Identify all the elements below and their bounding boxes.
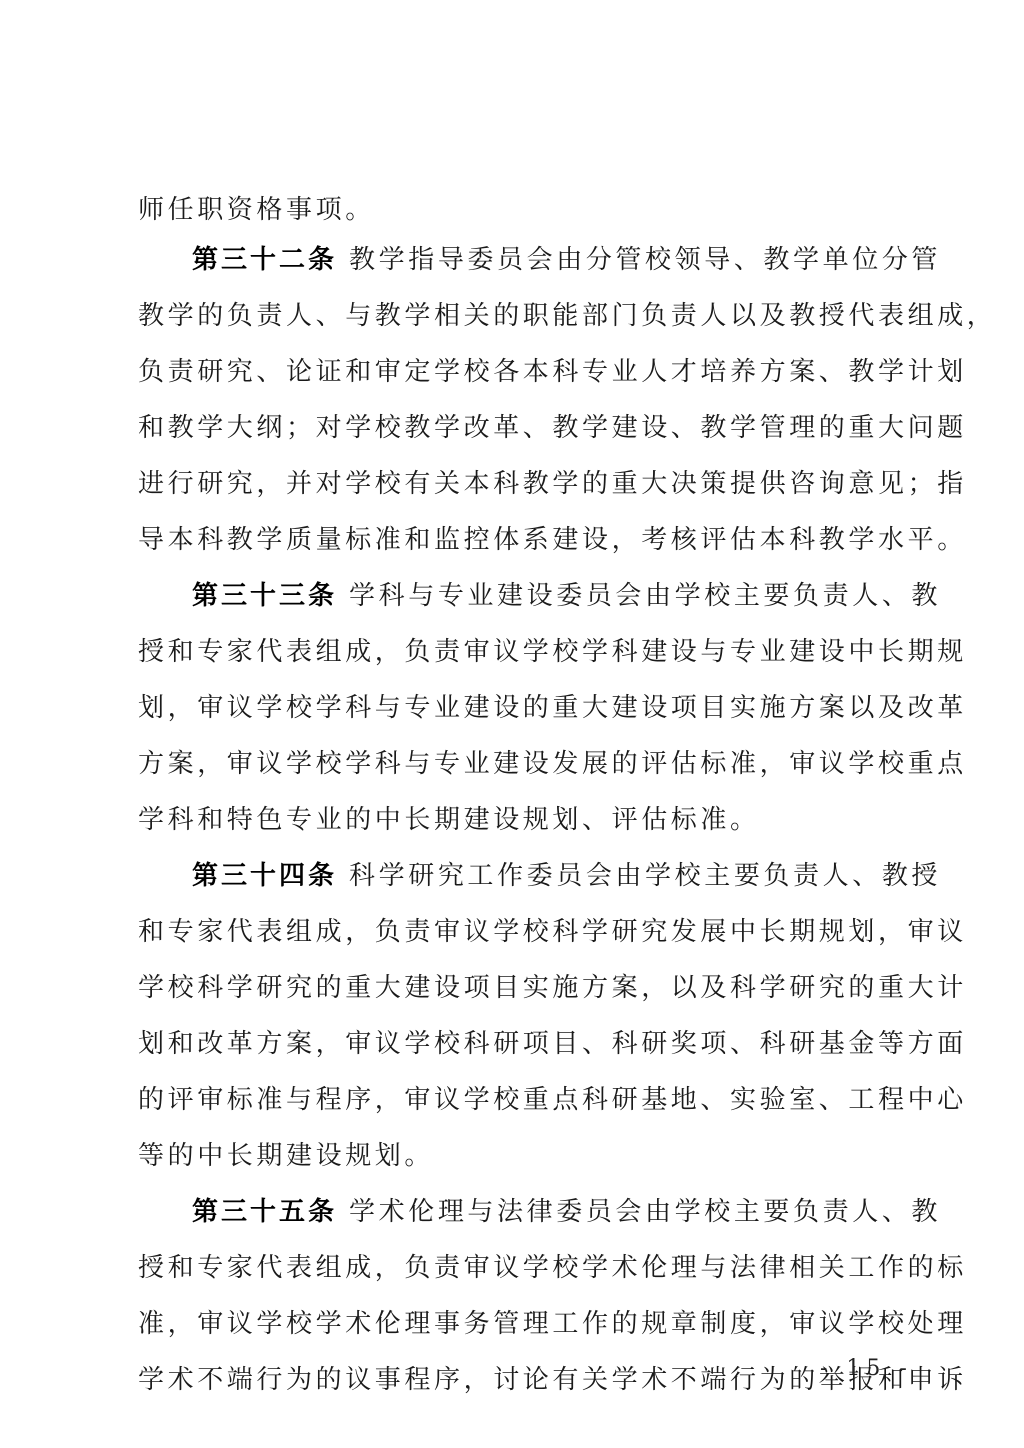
article-35-line: 学术不端行为的议事程序，讨论有关学术不端行为的举报和申诉 bbox=[138, 1360, 898, 1400]
article-33-line: 学科和特色专业的中长期建设规划、评估标准。 bbox=[138, 800, 898, 840]
paragraph-continuation-line: 师任职资格事项。 bbox=[138, 190, 898, 230]
article-34-heading-line: 第三十四条科学研究工作委员会由学校主要负责人、教授 bbox=[192, 856, 898, 896]
article-32-line: 和教学大纲；对学校教学改革、教学建设、教学管理的重大问题 bbox=[138, 408, 898, 448]
article-34-line: 划和改革方案，审议学校科研项目、科研奖项、科研基金等方面 bbox=[138, 1024, 898, 1064]
article-text: 学术伦理与法律委员会由学校主要负责人、教 bbox=[349, 1197, 941, 1227]
article-34-line: 和专家代表组成，负责审议学校科学研究发展中长期规划，审议 bbox=[138, 912, 898, 952]
article-number: 第三十四条 bbox=[192, 861, 337, 891]
article-text: 学科与专业建设委员会由学校主要负责人、教 bbox=[349, 581, 941, 611]
article-32-line: 导本科教学质量标准和监控体系建设，考核评估本科教学水平。 bbox=[138, 520, 898, 560]
page-number: - 15 - bbox=[820, 1356, 920, 1381]
article-35-heading-line: 第三十五条学术伦理与法律委员会由学校主要负责人、教 bbox=[192, 1192, 898, 1232]
article-32-line: 进行研究，并对学校有关本科教学的重大决策提供咨询意见；指 bbox=[138, 464, 898, 504]
article-33-line: 方案，审议学校学科与专业建设发展的评估标准，审议学校重点 bbox=[138, 744, 898, 784]
article-text: 教学指导委员会由分管校领导、教学单位分管 bbox=[349, 245, 941, 275]
article-33-line: 授和专家代表组成，负责审议学校学科建设与专业建设中长期规 bbox=[138, 632, 898, 672]
article-35-line: 准，审议学校学术伦理事务管理工作的规章制度，审议学校处理 bbox=[138, 1304, 898, 1344]
article-32-line: 负责研究、论证和审定学校各本科专业人才培养方案、教学计划 bbox=[138, 352, 898, 392]
article-33-line: 划，审议学校学科与专业建设的重大建设项目实施方案以及改革 bbox=[138, 688, 898, 728]
article-32-line: 教学的负责人、与教学相关的职能部门负责人以及教授代表组成， bbox=[138, 296, 898, 336]
document-page: 师任职资格事项。 第三十二条教学指导委员会由分管校领导、教学单位分管 教学的负责… bbox=[0, 0, 1024, 1448]
article-33-heading-line: 第三十三条学科与专业建设委员会由学校主要负责人、教 bbox=[192, 576, 898, 616]
article-34-line: 的评审标准与程序，审议学校重点科研基地、实验室、工程中心 bbox=[138, 1080, 898, 1120]
article-number: 第三十三条 bbox=[192, 581, 337, 611]
article-number: 第三十二条 bbox=[192, 245, 337, 275]
article-number: 第三十五条 bbox=[192, 1197, 337, 1227]
article-32-heading-line: 第三十二条教学指导委员会由分管校领导、教学单位分管 bbox=[192, 240, 898, 280]
article-34-line: 等的中长期建设规划。 bbox=[138, 1136, 898, 1176]
article-34-line: 学校科学研究的重大建设项目实施方案，以及科学研究的重大计 bbox=[138, 968, 898, 1008]
article-text: 科学研究工作委员会由学校主要负责人、教授 bbox=[349, 861, 941, 891]
article-35-line: 授和专家代表组成，负责审议学校学术伦理与法律相关工作的标 bbox=[138, 1248, 898, 1288]
